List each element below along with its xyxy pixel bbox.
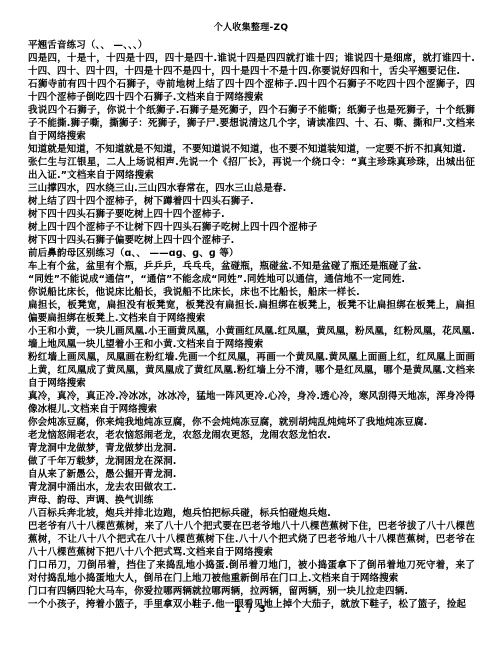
paragraph: 三山撑四水，四水绕三山.三山四水春常在，四水三山总是春. (28, 182, 475, 195)
paragraph: 青龙洞中龙做梦，青龙做梦出龙洞. (28, 442, 475, 455)
section-heading: 声母、韵母、声调、换气训练 (28, 494, 475, 507)
paragraph: 扁担长，板凳宽，扁担没有板凳宽，板凳没有扁担长.扁担绑在板凳上，板凳不让扁担绑在… (28, 299, 475, 325)
page-number-indicator: 1 / 3 (0, 604, 502, 615)
paragraph: 四是四，十是十，十四是十四，四十是四十.谁说十四是四四就打谁十四；谁说四十是细席… (28, 52, 475, 78)
document-header: 个人收集整理-ZQ (0, 20, 502, 33)
paragraph: 石狮寺前有四十四个石狮子，寺前地树上结了四十四个涩柿子.四十四个石狮子不吃四十四… (28, 78, 475, 104)
paragraph: 巴老爷有八十八棵芭蕉树，来了八十八个把式要在巴老爷地八十八棵芭蕉树下住，巴老爷拔… (28, 520, 475, 559)
paragraph: 八百标兵奔北坡，炮兵并排北边跑，炮兵怕把标兵碰，标兵怕碰炮兵炮. (28, 507, 475, 520)
paragraph: 粉红墙上画凤凰，凤凰画在粉红墙.先画一个红凤凰，再画一个黄凤凰.黄凤凰上面画上红… (28, 351, 475, 390)
document-body: 平翘舌音练习（、、 —、、、）四是四，十是十，十四是十四，四十是四十.谁说十四是… (28, 39, 475, 611)
paragraph: 小王和小黄，一块儿画凤凰.小王画黄凤凰，小黄画红凤凰.红凤凰，黄凤凰，粉凤凰，红… (28, 325, 475, 351)
paragraph: 做了千年万载梦，龙洞困龙在深洞. (28, 455, 475, 468)
paragraph: 真冷，真冷，真正冷.冷冰冰，冰冰冷，猛地一阵风更冷.心冷，身冷.透心冷，寒风刮得… (28, 390, 475, 416)
paragraph: 树上四十四个涩柿子不让树下四十四头石狮子吃树上四十四个涩柿子 (28, 221, 475, 234)
paragraph: 树上结了四十四个涩柿子，树下蹲着四十四头石狮子. (28, 195, 475, 208)
document-page: 个人收集整理-ZQ 平翘舌音练习（、、 —、、、）四是四，十是十，十四是十四，四… (0, 0, 502, 649)
paragraph: 树下四十四头石狮子偏要吃树上四十四个涩柿子. (28, 234, 475, 247)
paragraph: 青龙洞中涌出水，龙去农田做农工. (28, 481, 475, 494)
paragraph: “同姓”不能说成“通信”，“通信”不能念成“同姓”.同姓地可以通信，通信地不一定… (28, 273, 475, 286)
section-heading: 前后鼻韵母区别练习（ɑ、、 ——ɑɡ、ɡ、ɡ 等） (28, 247, 475, 260)
paragraph: 我说四个石狮子，你说十个纸狮子.石狮子是死狮子，四个石狮子不能嘶；纸狮子也是死狮… (28, 104, 475, 143)
paragraph: 你说船比床长，他说床比船长，我说船不比床长，床也不比船长，船床一样长. (28, 286, 475, 299)
paragraph: 老龙恼怒闹老农，老农恼怒闹老龙，农怒龙闹农更怒，龙闹农怒龙怕农. (28, 429, 475, 442)
paragraph: 树下四十四头石狮子要吃树上四十四个涩柿子. (28, 208, 475, 221)
paragraph: 你会炖冻豆腐，你来炖我地炖冻豆腐，你不会炖炖冻豆腐，就别胡炖乱炖炖坏了我地炖冻豆… (28, 416, 475, 429)
paragraph: 车上有个盆，盆里有个瓶，乒乒乒，乓乓乓，盆碰瓶，瓶碰盆.不知是盆碰了瓶还是瓶碰了… (28, 260, 475, 273)
paragraph: 张仁生与江银星，二人上场说相声.先说一个《招厂长》，再说一个绕口令：“真主珍珠真… (28, 156, 475, 182)
paragraph: 自从来了新愚公，愚公掘开青龙洞. (28, 468, 475, 481)
paragraph: 门口有四辆四轮大马车，你爱拉哪两辆就拉哪两辆，拉两辆，留两辆，别一块儿拉走四辆. (28, 585, 475, 598)
section-heading: 平翘舌音练习（、、 —、、、） (28, 39, 475, 52)
paragraph: 门口吊刀，刀倒吊着，挡住了来捣乱地小捣蛋.倒吊着刀地门，被小捣蛋拿下了倒吊着地刀… (28, 559, 475, 585)
paragraph: 知道就是知道，不知道就是不知道，不要知道说不知道，也不要不知道装知道，一定要不折… (28, 143, 475, 156)
